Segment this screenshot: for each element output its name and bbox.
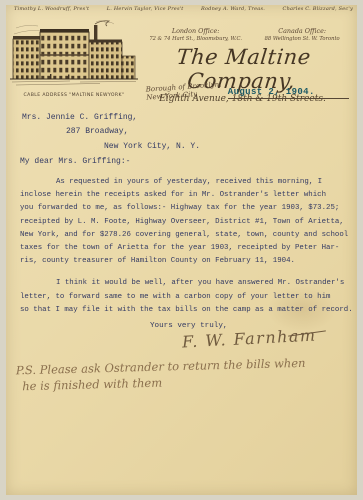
body-line: inclose herein the receipts asked for in…	[20, 189, 349, 202]
date-row: Borough of Brooklyn, New York City Augus…	[146, 84, 349, 99]
officer-vice-president: L. Hervin Taylor, Vice Pres't	[107, 6, 184, 12]
officer-secretary: Charles C. Blizzard, Sec'y	[283, 6, 353, 12]
london-office-label: London Office:	[149, 27, 242, 35]
salutation: My dear Mrs. Griffing:-	[20, 157, 130, 166]
body-line: I think it would be well, after you have…	[20, 277, 349, 290]
scanned-letter-page: Timothy L. Woodruff, Pres't L. Hervin Ta…	[0, 0, 363, 500]
letter-body: As requested in yours of yesterday, rece…	[20, 176, 349, 317]
officer-treasurer: Rodney A. Ward, Treas.	[201, 6, 265, 12]
recipient-name: Mrs. Jennie C. Griffing,	[22, 111, 200, 125]
recipient-city: New York City, N. Y.	[22, 140, 200, 154]
paragraph-2: I think it would be well, after you have…	[20, 277, 349, 317]
body-line: letter, to forward same to me with a car…	[20, 291, 349, 304]
body-line: taxes for the town of Arietta for the ye…	[20, 242, 349, 255]
body-line: receipted by L. M. Foote, Highway Overse…	[20, 216, 349, 229]
london-office: London Office: 72 & 74 Hart St., Bloomsb…	[149, 27, 242, 42]
closing: Yours very truly,	[150, 322, 227, 330]
factory-building-illustration	[10, 18, 138, 88]
body-line: New York, and for $278.26 covering gener…	[20, 229, 349, 242]
canada-office-label: Canada Office:	[265, 27, 340, 35]
canada-office-address: 88 Wellington St. W. Toronto	[265, 36, 340, 42]
body-line: ris, county treasurer of Hamilton County…	[20, 255, 349, 268]
officers-row: Timothy L. Woodruff, Pres't L. Hervin Ta…	[14, 6, 353, 12]
borough-script: Borough of Brooklyn, New York City	[146, 81, 223, 101]
recipient-street: 287 Broadway,	[22, 125, 200, 139]
factory-engraving: CABLE ADDRESS "MALTINE NEWYORK"	[10, 18, 138, 98]
body-line: As requested in yours of yesterday, rece…	[20, 176, 349, 189]
branch-offices: London Office: 72 & 74 Hart St., Bloomsb…	[138, 27, 351, 42]
canada-office: Canada Office: 88 Wellington St. W. Toro…	[265, 27, 340, 42]
letter-date: August 2, 1904.	[228, 87, 349, 99]
body-line: you forwarded to me, as follows:- Highwa…	[20, 202, 349, 215]
paragraph-1: As requested in yours of yesterday, rece…	[20, 176, 349, 268]
recipient-block: Mrs. Jennie C. Griffing, 287 Broadway, N…	[22, 111, 200, 154]
cable-address-caption: CABLE ADDRESS "MALTINE NEWYORK"	[10, 93, 138, 98]
body-line: so that I may file it with the tax bills…	[20, 304, 349, 317]
officer-president: Timothy L. Woodruff, Pres't	[14, 6, 89, 12]
london-office-address: 72 & 74 Hart St., Bloomsbury, W.C.	[149, 36, 242, 42]
